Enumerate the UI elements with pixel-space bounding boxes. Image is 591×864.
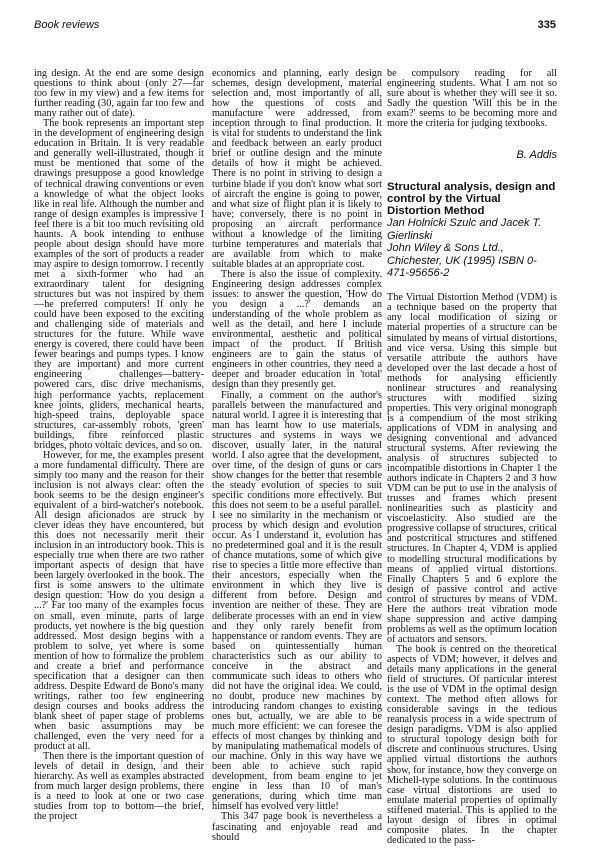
column-left: ing design. At the end are some design q… xyxy=(34,69,204,823)
reviewer-signature: B. Addis xyxy=(387,149,557,162)
paragraph: There is also the issue of complexity. E… xyxy=(212,270,382,391)
paragraph: However, for me, the examples present a … xyxy=(34,451,204,752)
paragraph: The book represents an important step in… xyxy=(34,119,204,451)
paragraph: Finally, a comment on the author's paral… xyxy=(212,391,382,813)
paragraph: This 347 page book is nevertheless a fas… xyxy=(212,812,382,842)
review-body: The Virtual Distortion Method (VDM) is a… xyxy=(387,293,557,846)
paragraph: The book is centred on the theoretical a… xyxy=(387,645,557,846)
column-right: be compulsory reading for all engineerin… xyxy=(387,69,557,846)
page-number: 335 xyxy=(538,19,556,31)
review-authors: Jan Holnicki Szulc and Jacek T. Gierlins… xyxy=(387,217,557,242)
review-publisher: John Wiley & Sons Ltd., Chichester, UK (… xyxy=(387,242,557,279)
column-middle: economics and planning, early design sch… xyxy=(212,69,382,843)
section-title: Book reviews xyxy=(34,19,99,31)
paragraph: Then there is the important question of … xyxy=(34,752,204,822)
review-book-title: Structural analysis, design and control … xyxy=(387,181,557,217)
paragraph: economics and planning, early design sch… xyxy=(212,69,382,270)
paragraph: be compulsory reading for all engineerin… xyxy=(387,69,557,129)
paragraph: ing design. At the end are some design q… xyxy=(34,69,204,119)
running-head: Book reviews 335 xyxy=(34,19,556,33)
paragraph: The Virtual Distortion Method (VDM) is a… xyxy=(387,293,557,645)
